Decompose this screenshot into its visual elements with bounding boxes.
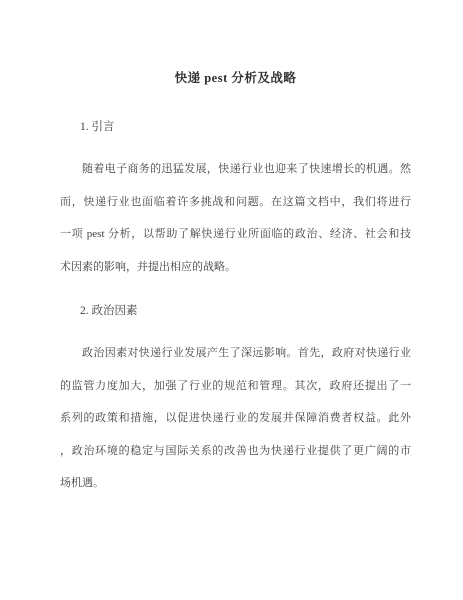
document-page: 快递 pest 分析及战略 1. 引言 随着电子商务的迅猛发展，快递行业也迎来了…: [0, 0, 463, 600]
paragraph-line: 系列的政策和措施，以促进快递行业的发展并保障消费者权益。此外: [60, 402, 411, 435]
paragraph-line: ，政治环境的稳定与国际关系的改善也为快递行业提供了更广阔的市: [60, 435, 411, 468]
paragraph-line: 场机遇。: [60, 467, 411, 500]
section-introduction: 1. 引言 随着电子商务的迅猛发展，快递行业也迎来了快速增长的机遇。然 而，快递…: [60, 119, 411, 283]
paragraph-line: 的监管力度加大，加强了行业的规范和管理。其次，政府还提出了一: [60, 370, 411, 403]
paragraph-line: 术因素的影响，并提出相应的战略。: [60, 251, 411, 284]
paragraph: 政治因素对快递行业发展产生了深远影响。首先，政府对快递行业 的监管力度加大，加强…: [60, 337, 411, 500]
document-title: 快递 pest 分析及战略: [60, 70, 411, 87]
paragraph-line: 随着电子商务的迅猛发展，快递行业也迎来了快速增长的机遇。然: [60, 153, 411, 186]
paragraph-line: 而，快递行业也面临着许多挑战和问题。在这篇文档中，我们将进行: [60, 186, 411, 219]
section-heading-introduction: 1. 引言: [60, 119, 411, 135]
paragraph: 随着电子商务的迅猛发展，快递行业也迎来了快速增长的机遇。然 而，快递行业也面临着…: [60, 153, 411, 283]
section-political-factors: 2. 政治因素 政治因素对快递行业发展产生了深远影响。首先，政府对快递行业 的监…: [60, 303, 411, 500]
paragraph-line: 政治因素对快递行业发展产生了深远影响。首先，政府对快递行业: [60, 337, 411, 370]
section-heading-political-factors: 2. 政治因素: [60, 303, 411, 319]
paragraph-line: 一项 pest 分析，以帮助了解快递行业所面临的政治、经济、社会和技: [60, 218, 411, 251]
